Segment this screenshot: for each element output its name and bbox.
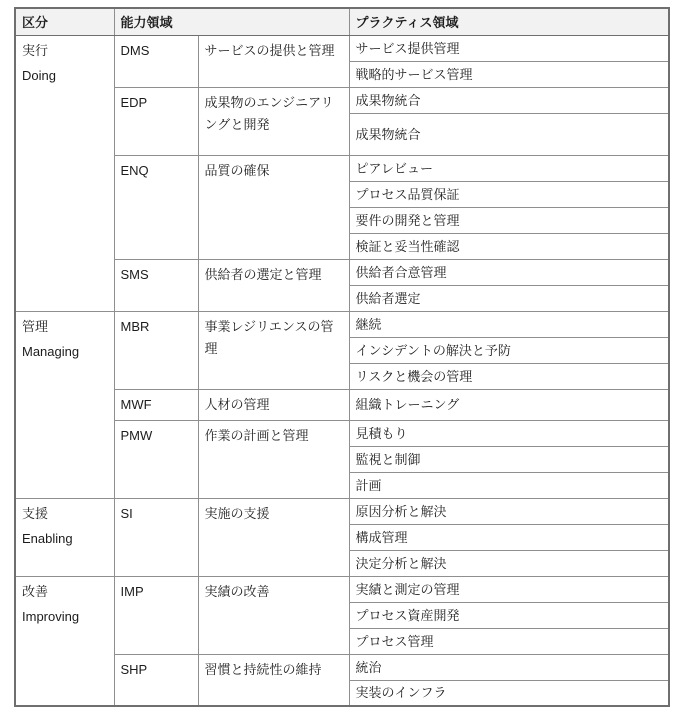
table-row: 支援EnablingSI実施の支援原因分析と解決: [15, 498, 669, 524]
practice-cell: 構成管理: [349, 524, 669, 550]
header-capability-area: 能力領域: [114, 8, 349, 35]
category-cell: 支援Enabling: [15, 498, 114, 576]
practice-cell: 戦略的サービス管理: [349, 61, 669, 87]
category-cell: 実行Doing: [15, 35, 114, 311]
capability-name-cell: 供給者の選定と管理: [198, 259, 349, 311]
practice-cell: プロセス資産開発: [349, 602, 669, 628]
practice-cell: プロセス品質保証: [349, 181, 669, 207]
capability-code-cell: MWF: [114, 389, 198, 420]
practice-cell: インシデントの解決と予防: [349, 337, 669, 363]
practice-cell: プロセス管理: [349, 628, 669, 654]
practice-cell: 成果物統合: [349, 113, 669, 155]
practice-cell: 検証と妥当性確認: [349, 233, 669, 259]
category-cell: 管理Managing: [15, 311, 114, 498]
table-row: ENQ品質の確保ピアレビュー: [15, 155, 669, 181]
practice-cell: 成果物統合: [349, 87, 669, 113]
capability-code-cell: SHP: [114, 654, 198, 706]
capability-code-cell: SMS: [114, 259, 198, 311]
capability-name-cell: 実施の支援: [198, 498, 349, 576]
header-practice-area: プラクティス領域: [349, 8, 669, 35]
capability-code-cell: IMP: [114, 576, 198, 654]
capability-code-cell: ENQ: [114, 155, 198, 259]
practice-cell: 供給者選定: [349, 285, 669, 311]
capability-name-cell: 習慣と持続性の維持: [198, 654, 349, 706]
category-cell: 改善Improving: [15, 576, 114, 706]
practice-cell: リスクと機会の管理: [349, 363, 669, 389]
category-label-ja: 支援: [22, 501, 108, 526]
table-row: 実行DoingDMSサービスの提供と管理サービス提供管理: [15, 35, 669, 61]
table-row: MWF人材の管理組織トレーニング: [15, 389, 669, 420]
capability-name-cell: サービスの提供と管理: [198, 35, 349, 87]
table-row: 管理ManagingMBR事業レジリエンスの管理継続: [15, 311, 669, 337]
category-label-ja: 管理: [22, 314, 108, 339]
practice-cell: 決定分析と解決: [349, 550, 669, 576]
practice-cell: 組織トレーニング: [349, 389, 669, 420]
header-row: 区分 能力領域 プラクティス領域: [15, 8, 669, 35]
capability-name-cell: 品質の確保: [198, 155, 349, 259]
capability-matrix-table: 区分 能力領域 プラクティス領域 実行DoingDMSサービスの提供と管理サービ…: [14, 7, 670, 707]
practice-cell: 見積もり: [349, 420, 669, 446]
table-body: 実行DoingDMSサービスの提供と管理サービス提供管理戦略的サービス管理EDP…: [15, 35, 669, 706]
table-row: SMS供給者の選定と管理供給者合意管理: [15, 259, 669, 285]
category-label-ja: 改善: [22, 579, 108, 604]
capability-name-cell: 事業レジリエンスの管理: [198, 311, 349, 389]
practice-cell: サービス提供管理: [349, 35, 669, 61]
capability-name-cell: 人材の管理: [198, 389, 349, 420]
practice-cell: 原因分析と解決: [349, 498, 669, 524]
capability-code-cell: EDP: [114, 87, 198, 155]
table-header: 区分 能力領域 プラクティス領域: [15, 8, 669, 35]
capability-code-cell: MBR: [114, 311, 198, 389]
practice-cell: 統治: [349, 654, 669, 680]
capability-name-cell: 成果物のエンジニアリングと開発: [198, 87, 349, 155]
practice-cell: 供給者合意管理: [349, 259, 669, 285]
page: 区分 能力領域 プラクティス領域 実行DoingDMSサービスの提供と管理サービ…: [0, 0, 683, 707]
category-label-en: Managing: [22, 339, 108, 364]
category-label-en: Enabling: [22, 526, 108, 551]
category-label-en: Improving: [22, 604, 108, 629]
capability-name-cell: 作業の計画と管理: [198, 420, 349, 498]
capability-code-cell: SI: [114, 498, 198, 576]
capability-code-cell: PMW: [114, 420, 198, 498]
category-label-ja: 実行: [22, 38, 108, 63]
practice-cell: ピアレビュー: [349, 155, 669, 181]
practice-cell: 実績と測定の管理: [349, 576, 669, 602]
header-category: 区分: [15, 8, 114, 35]
table-row: 改善ImprovingIMP実績の改善実績と測定の管理: [15, 576, 669, 602]
practice-cell: 継続: [349, 311, 669, 337]
table-row: PMW作業の計画と管理見積もり: [15, 420, 669, 446]
category-label-en: Doing: [22, 63, 108, 88]
table-row: EDP成果物のエンジニアリングと開発成果物統合: [15, 87, 669, 113]
table-row: SHP習慣と持続性の維持統治: [15, 654, 669, 680]
practice-cell: 計画: [349, 472, 669, 498]
practice-cell: 要件の開発と管理: [349, 207, 669, 233]
capability-name-cell: 実績の改善: [198, 576, 349, 654]
capability-code-cell: DMS: [114, 35, 198, 87]
practice-cell: 監視と制御: [349, 446, 669, 472]
practice-cell: 実装のインフラ: [349, 680, 669, 706]
